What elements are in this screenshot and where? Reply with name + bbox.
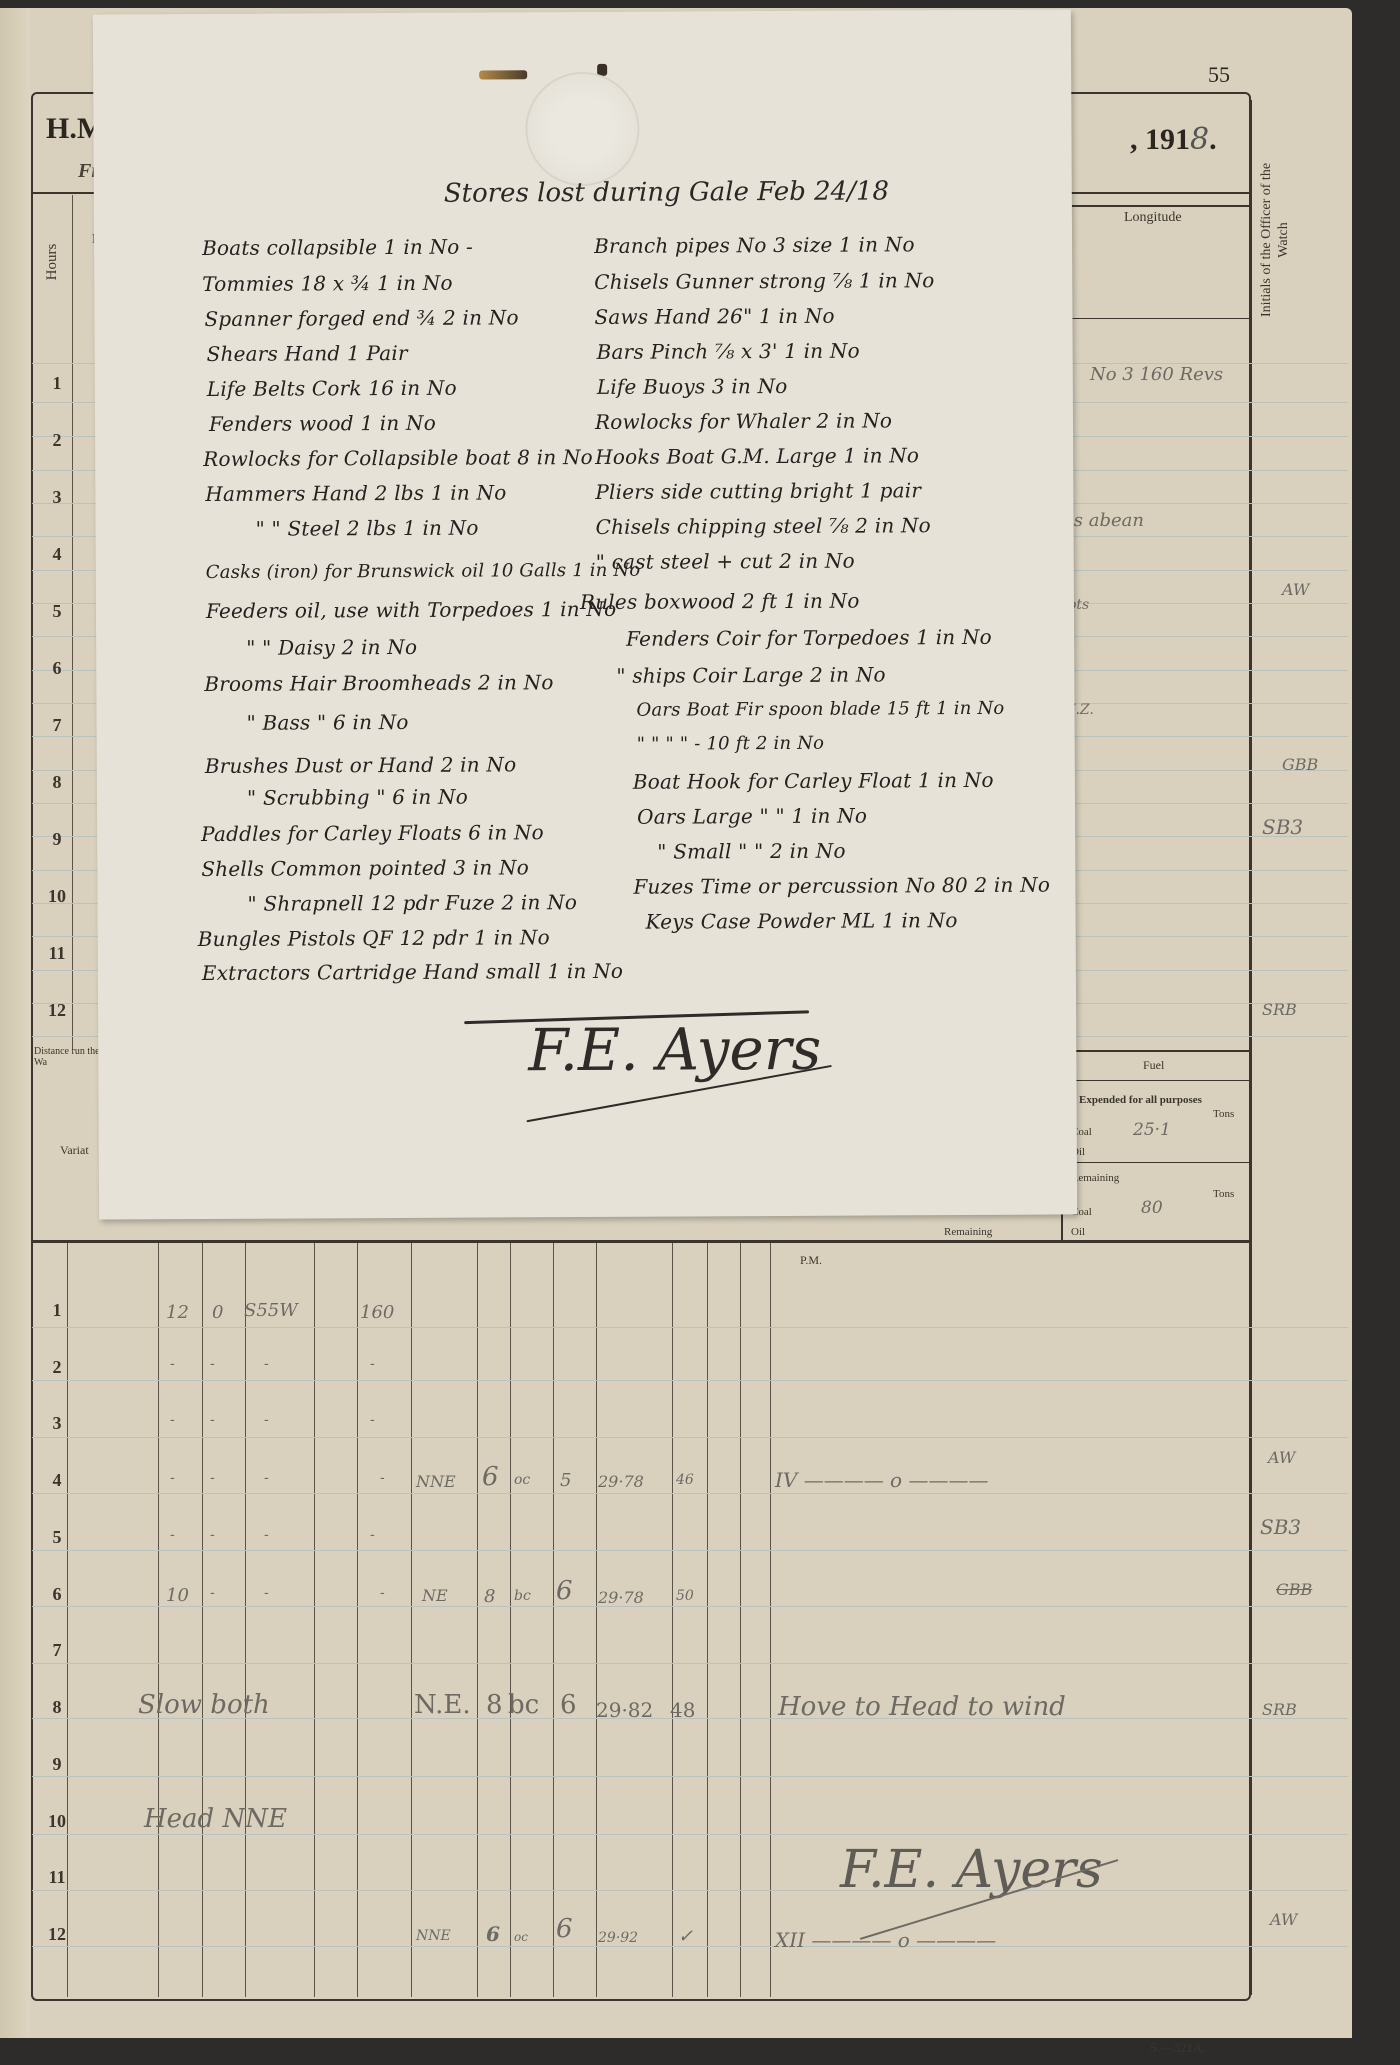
stores-item-left: Rowlocks for Collapsible boat 8 in No <box>203 445 593 471</box>
initials-column-line-pm <box>1250 1245 1252 1995</box>
stores-item-right: Saws Hand 26" 1 in No <box>594 304 834 329</box>
stores-item-right: Chisels Gunner strong ⅞ 1 in No <box>594 268 934 294</box>
pm-2-tenths: - <box>210 1356 215 1372</box>
pm-4-knots: - <box>170 1470 175 1486</box>
longitude-subline <box>1072 318 1250 319</box>
pm-hour-2: 2 <box>42 1357 72 1378</box>
initials-header: Initials of the Officer of the Watch <box>1258 160 1292 320</box>
pm-6-temperature: 50 <box>676 1588 694 1604</box>
am-hour-12: 12 <box>42 1000 72 1021</box>
pm-initials-hour-6: GBB <box>1276 1580 1312 1599</box>
pm-col-line <box>707 1243 708 1997</box>
attached-stores-note: Stores lost during Gale Feb 24/18 Boats … <box>93 9 1077 1219</box>
am-hour-10: 10 <box>42 886 72 907</box>
fuel-divider <box>1063 1080 1249 1081</box>
am-hour-3: 3 <box>42 487 72 508</box>
pm-hour-12: 12 <box>42 1924 72 1945</box>
am-hour-11: 11 <box>42 943 72 964</box>
pm-8-wind-direction: N.E. <box>414 1690 471 1720</box>
pm-8-engines: Slow both <box>138 1690 270 1720</box>
initials-column-line <box>1250 100 1252 1250</box>
pm-2-revs: - <box>370 1356 375 1372</box>
pm-12-temperature: ✓ <box>678 1926 693 1947</box>
stores-item-left: Feeders oil, use with Torpedoes 1 in No <box>206 597 616 623</box>
ruled-line <box>32 1776 1348 1777</box>
stores-item-right: Rowlocks for Whaler 2 in No <box>595 408 892 434</box>
pm-hour-3: 3 <box>42 1413 72 1434</box>
pm-col-line <box>245 1243 246 1997</box>
fuel-title: Fuel <box>1143 1058 1164 1073</box>
pm-6-wind-direction: NE <box>422 1586 448 1605</box>
pm-6-sea: 6 <box>556 1576 573 1606</box>
pm-5-knots: - <box>170 1527 175 1543</box>
stores-item-right: Rules boxwood 2 ft 1 in No <box>580 589 860 614</box>
pm-6-knots: 10 <box>166 1585 189 1606</box>
longitude-divider <box>1072 205 1250 207</box>
pm-4-tenths: - <box>210 1470 215 1486</box>
stores-item-right: Chisels chipping steel ⅞ 2 in No <box>595 513 930 539</box>
year-handwritten: 8 <box>1190 122 1209 157</box>
am-hour-8: 8 <box>42 772 72 793</box>
pm-4-wind-force: 6 <box>482 1462 499 1492</box>
year-field: , 1918. <box>1130 122 1217 157</box>
variation-label: Variat <box>60 1143 89 1158</box>
pm-col-line <box>740 1243 741 1997</box>
ruled-line <box>32 1380 1348 1381</box>
pm-hour-8: 8 <box>42 1697 72 1718</box>
pm-8-temperature: 48 <box>670 1698 695 1722</box>
stores-item-left: Boats collapsible 1 in No - <box>202 235 473 260</box>
pm-6-wind-force: 8 <box>484 1586 495 1607</box>
am-initials-hour-8: GBB <box>1282 755 1318 774</box>
pm-initials-hour-4: AW <box>1268 1448 1295 1467</box>
stores-item-left: Brooms Hair Broomheads 2 in No <box>204 670 553 696</box>
pm-hour-1: 1 <box>42 1300 72 1321</box>
stores-item-right: Life Buoys 3 in No <box>597 374 788 399</box>
pm-col-line <box>411 1243 412 1997</box>
pm-12-barometer: 29·92 <box>598 1930 638 1946</box>
fuel-tons-label: Tons <box>1213 1108 1234 1120</box>
fuel-expended-label: Expended for all purposes <box>1079 1094 1202 1106</box>
pm-4-remarks: IV ———— o ———— <box>775 1468 988 1492</box>
fuel-box: Fuel Expended for all purposes Tons Coal… <box>1061 1050 1249 1240</box>
fuel-oil-label-2: Oil <box>1071 1226 1085 1238</box>
pm-col-line <box>314 1243 315 1997</box>
stores-item-right: " cast steel + cut 2 in No <box>596 549 855 574</box>
am-hour-1: 1 <box>42 373 72 394</box>
fuel-tons-label-2: Tons <box>1213 1188 1234 1200</box>
pm-initials-hour-5: SB3 <box>1260 1515 1301 1539</box>
stores-item-left: Fenders wood 1 in No <box>209 411 436 436</box>
pm-hour-9: 9 <box>42 1754 72 1775</box>
stores-item-left: Extractors Cartridge Hand small 1 in No <box>202 959 623 985</box>
pm-3-tenths: - <box>210 1412 215 1428</box>
stores-item-right: Boat Hook for Carley Float 1 in No <box>633 768 994 794</box>
pm-label: P.M. <box>800 1253 822 1268</box>
pm-12-wind-direction: NNE <box>416 1928 451 1944</box>
pm-col-line <box>477 1243 478 1997</box>
stores-item-right: " " " " - 10 ft 2 in No <box>637 733 825 755</box>
pm-12-sea: 6 <box>556 1914 573 1944</box>
pm-4-wind-direction: NNE <box>416 1472 456 1491</box>
year-printed: , 191 <box>1130 123 1190 156</box>
pm-6-weather: bc <box>514 1588 531 1604</box>
stores-item-right: " Small " " 2 in No <box>657 839 846 864</box>
am-initials-hour-5: AW <box>1282 580 1309 599</box>
stores-item-right: Hooks Boat G.M. Large 1 in No <box>595 443 919 469</box>
stores-item-left: Bungles Pistols QF 12 pdr 1 in No <box>198 925 550 951</box>
stores-item-right: Oars Large " " 1 in No <box>637 804 867 829</box>
stores-item-left: " Bass " 6 in No <box>246 710 408 735</box>
pm-hour-7: 7 <box>42 1640 72 1661</box>
stores-item-left: Hammers Hand 2 lbs 1 in No <box>205 480 506 506</box>
pm-hour-5: 5 <box>42 1527 72 1548</box>
page-number: 55 <box>1208 62 1230 88</box>
pm-col-line <box>672 1243 673 1997</box>
ruled-line <box>32 1606 1348 1607</box>
ruled-line <box>32 1327 1348 1328</box>
year-suffix: . <box>1209 123 1217 156</box>
pm-1-knots: 12 <box>166 1302 189 1323</box>
pm-initials-hour-12: AW <box>1270 1910 1297 1929</box>
pm-4-course: - <box>264 1470 269 1486</box>
pm-4-revs: - <box>380 1470 385 1486</box>
pm-col-line <box>770 1243 771 1997</box>
am-initials-hour-9: SB3 <box>1262 815 1303 839</box>
fuel-top-line <box>1063 1050 1249 1052</box>
pm-1-course: S55W <box>244 1300 298 1321</box>
am-hour-9: 9 <box>42 829 72 850</box>
pm-8-sea: 6 <box>560 1690 577 1720</box>
pm-2-course: - <box>264 1356 269 1372</box>
pm-12-wind-force: 6 <box>486 1922 500 1946</box>
pm-2-knots: - <box>170 1356 175 1372</box>
pm-3-revs: - <box>370 1412 375 1428</box>
stores-item-left: Life Belts Cork 16 in No <box>207 376 457 401</box>
stores-item-left: " " Daisy 2 in No <box>246 635 417 660</box>
pm-6-tenths: - <box>210 1585 215 1601</box>
ruled-line <box>32 1663 1348 1664</box>
pm-1-revs: 160 <box>360 1302 394 1323</box>
pm-12-weather: oc <box>514 1930 528 1944</box>
fuel-remaining-label: Remaining <box>1071 1172 1119 1184</box>
pm-hour-10: 10 <box>42 1811 72 1832</box>
pm-3-course: - <box>264 1412 269 1428</box>
stores-item-left: Casks (iron) for Brunswick oil 10 Galls … <box>206 560 641 583</box>
pm-col-line <box>202 1243 203 1997</box>
pm-officer-signature: F.E. Ayers <box>840 1840 1103 1900</box>
ruled-line <box>32 1550 1348 1551</box>
am-hour-5: 5 <box>42 601 72 622</box>
ruled-line <box>32 1437 1348 1438</box>
am-initials-hour-12: SRB <box>1262 1000 1297 1019</box>
fuel-coal-remaining: 80 <box>1141 1198 1163 1218</box>
stores-item-left: Spanner forged end ¾ 2 in No <box>204 305 518 331</box>
ruled-line <box>32 1834 1348 1835</box>
pm-hour-4: 4 <box>42 1470 72 1491</box>
pm-col-line <box>553 1243 554 1997</box>
pm-hour-6: 6 <box>42 1584 72 1605</box>
stores-item-right: Oars Boat Fir spoon blade 15 ft 1 in No <box>636 698 1004 721</box>
pin-hole-icon <box>479 70 527 79</box>
stores-item-left: Shears Hand 1 Pair <box>207 341 408 366</box>
pm-initials-hour-8: SRB <box>1262 1700 1297 1719</box>
pm-col-line <box>357 1243 358 1997</box>
stores-item-right: Branch pipes No 3 size 1 in No <box>594 232 915 258</box>
page-binding-edge <box>0 8 30 2038</box>
remaining-partial-label: Remaining <box>944 1226 992 1238</box>
pm-4-weather: oc <box>514 1472 530 1488</box>
embossed-seal-icon <box>525 72 640 187</box>
pm-hour-11: 11 <box>42 1867 72 1888</box>
pm-3-knots: - <box>170 1412 175 1428</box>
stores-item-right: Fenders Coir for Torpedoes 1 in No <box>626 625 992 651</box>
fuel-coal-expended: 25·1 <box>1133 1120 1171 1140</box>
ruled-line <box>32 1493 1348 1494</box>
pm-col-line <box>158 1243 159 1997</box>
pm-4-sea: 5 <box>560 1470 571 1491</box>
pm-4-temperature: 46 <box>676 1472 694 1488</box>
stores-item-right: Fuzes Time or percussion No 80 2 in No <box>633 873 1050 899</box>
stores-item-left: Brushes Dust or Hand 2 in No <box>205 752 517 778</box>
note-title: Stores lost during Gale Feb 24/18 <box>444 176 889 208</box>
hours-header: Hours <box>44 222 61 302</box>
pm-col-line <box>510 1243 511 1997</box>
pm-10-heading: Head NNE <box>144 1804 287 1834</box>
pm-4-barometer: 29·78 <box>598 1472 644 1491</box>
am-hour-7: 7 <box>42 715 72 736</box>
am-remark-hour-1: No 3 160 Revs <box>1090 364 1223 385</box>
hours-column-line <box>72 195 73 1050</box>
pm-8-remarks: Hove to Head to wind <box>778 1692 1066 1722</box>
pm-6-course: - <box>264 1585 269 1601</box>
stores-item-left: " Shrapnell 12 pdr Fuze 2 in No <box>247 890 577 916</box>
fuel-divider-2 <box>1063 1162 1249 1163</box>
pm-8-wind-force: 8 <box>486 1690 503 1720</box>
longitude-header: Longitude <box>1124 210 1182 226</box>
pm-8-barometer: 29·82 <box>596 1698 653 1722</box>
stores-item-left: " " Steel 2 lbs 1 in No <box>255 516 478 541</box>
ruled-line <box>32 1890 1348 1891</box>
pm-8-weather: bc <box>508 1690 539 1720</box>
form-code: S.—321A. <box>1150 2040 1206 2056</box>
am-remark-hour-4: ls abean <box>1068 510 1144 531</box>
pm-5-course: - <box>264 1527 269 1543</box>
pm-section-divider <box>31 1240 1249 1243</box>
pm-6-revs: - <box>380 1585 385 1601</box>
am-hour-2: 2 <box>42 430 72 451</box>
stores-item-right: Bars Pinch ⅞ x 3' 1 in No <box>597 339 860 364</box>
pm-6-barometer: 29·78 <box>598 1588 644 1607</box>
distance-run-label: Distance run the Wa <box>34 1046 104 1068</box>
am-hour-6: 6 <box>42 658 72 679</box>
am-hour-4: 4 <box>42 544 72 565</box>
pm-1-tenths: 0 <box>212 1302 223 1323</box>
stores-item-right: " ships Coir Large 2 in No <box>616 662 886 687</box>
stores-item-left: Shells Common pointed 3 in No <box>201 855 529 881</box>
pm-col-line <box>596 1243 597 1997</box>
stores-item-left: Paddles for Carley Floats 6 in No <box>201 820 544 846</box>
pm-5-revs: - <box>370 1527 375 1543</box>
stores-item-left: " Scrubbing " 6 in No <box>247 785 468 810</box>
stores-item-right: Pliers side cutting bright 1 pair <box>595 478 921 504</box>
stores-item-left: Tommies 18 x ¾ 1 in No <box>202 271 453 296</box>
pm-5-tenths: - <box>210 1527 215 1543</box>
stores-item-right: Keys Case Powder ML 1 in No <box>646 908 958 934</box>
